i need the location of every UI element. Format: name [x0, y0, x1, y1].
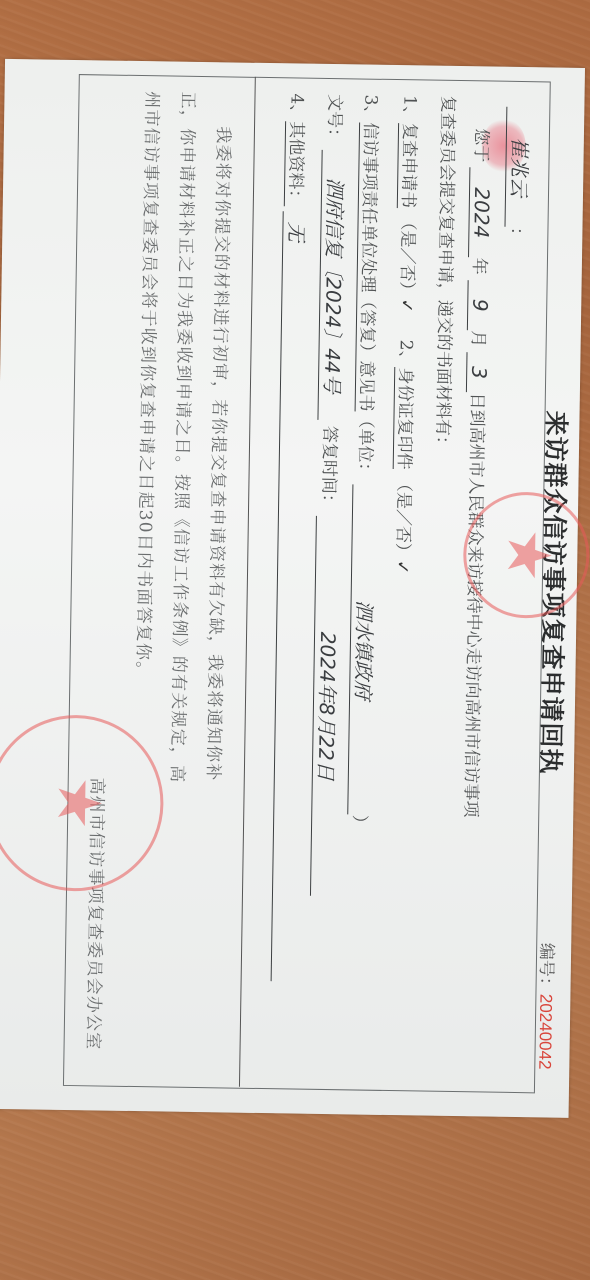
doc-number-value: 泗府信复〔2024〕44号	[317, 150, 351, 420]
item-4-index: 4、	[286, 93, 306, 121]
item-1-options: （是／否）	[396, 213, 417, 298]
reply-time-label: 答复时间：	[318, 426, 339, 511]
unit-value: 泗水镇政府	[347, 485, 382, 815]
visit-day: 3	[466, 352, 492, 392]
unit-close: ）	[349, 815, 369, 832]
month-label: 月	[468, 330, 488, 347]
item-3-index: 3、	[360, 94, 380, 122]
recipient-line: 崔兆云：	[504, 107, 536, 244]
day-label: 日到高州市人民群众来访接待中心走访向高州市信访事项	[460, 392, 487, 817]
doc-number-label: 文号：	[324, 94, 345, 145]
item-3-label: 信访事项责任单位处理（答复）意见书	[355, 122, 386, 411]
check-mark-icon: ✓	[392, 560, 412, 575]
unit-label: （单位：	[355, 411, 376, 479]
visit-month: 9	[467, 280, 493, 330]
check-mark-icon: ✓	[396, 298, 416, 313]
recipient-name: 崔兆云	[504, 107, 536, 227]
item-2-options: （是／否）	[392, 475, 413, 560]
reply-time-value: 2024年8月22日	[310, 516, 346, 896]
receipt-document: 来访群众信访事项复查申请回执 编号：20240042 崔兆云： 您于 2024年…	[0, 59, 585, 1118]
seal-star-icon: ★	[47, 718, 110, 889]
year-label: 年	[469, 258, 489, 275]
item-2-label: 身份证复印件	[393, 367, 421, 469]
intro-prefix: 您于	[471, 128, 492, 162]
item-1-label: 复查申请书	[397, 123, 424, 208]
item-4-label: 其他资料：	[284, 121, 311, 206]
item-2-index: 2、	[395, 340, 415, 368]
item-1-index: 1、	[399, 95, 419, 123]
serial-number: 编号：20240042	[534, 943, 561, 1070]
visit-year: 2024	[468, 168, 494, 258]
seal-star-icon: ★	[497, 495, 559, 616]
recipient-suffix: ：	[506, 227, 526, 244]
serial-value: 20240042	[535, 994, 555, 1070]
serial-label: 编号：	[535, 943, 556, 994]
